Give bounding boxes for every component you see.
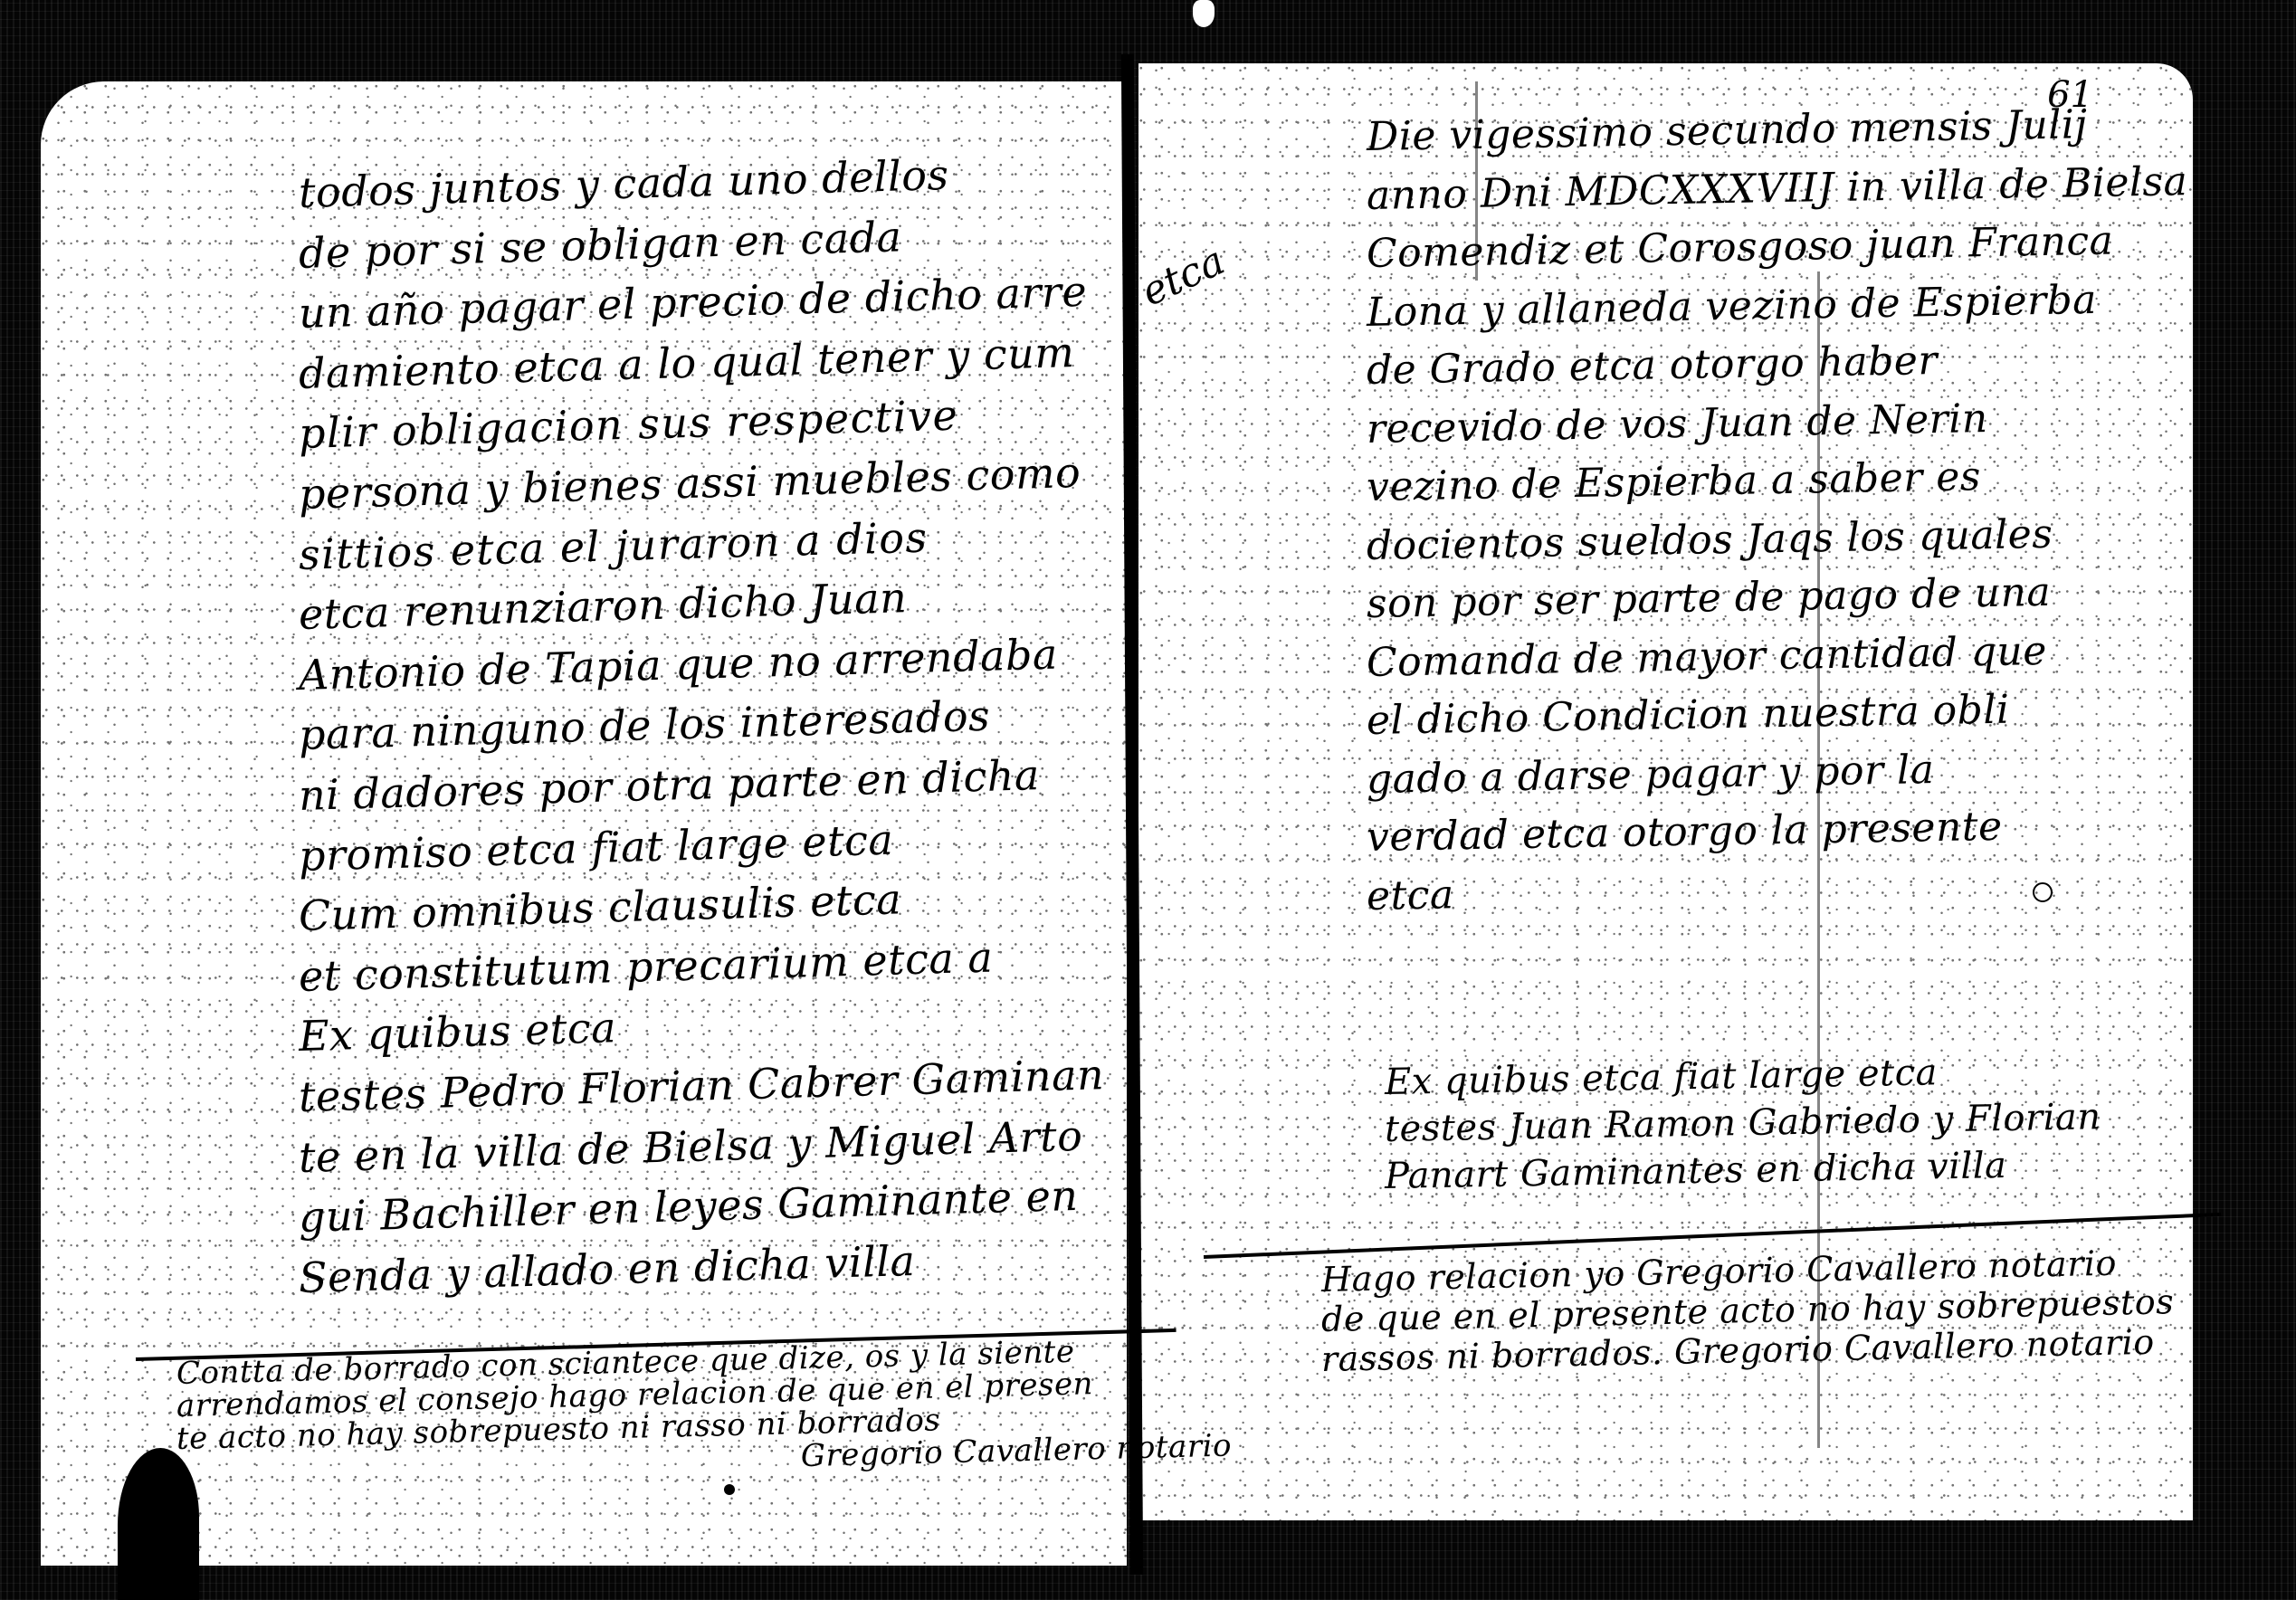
right-page-witnesses: Ex quibus etca fiat large etca testes Ju… (1385, 1059, 2101, 1200)
right-page-body: Die vigessimo secundo mensis Julij anno … (1367, 109, 2187, 926)
right-page-notary-certification: Hago relacion yo Gregorio Cavallero nota… (1321, 1260, 2174, 1379)
left-page-notary-certification: Contta de borrado con sciantece que dize… (176, 1357, 1232, 1488)
ink-dot (724, 1484, 735, 1495)
left-page-body: todos juntos y cada uno dellos de por si… (299, 163, 1104, 1308)
corner-ink-blot (118, 1448, 199, 1600)
ink-ring (2033, 882, 2053, 902)
binding-mark (1193, 0, 1215, 27)
